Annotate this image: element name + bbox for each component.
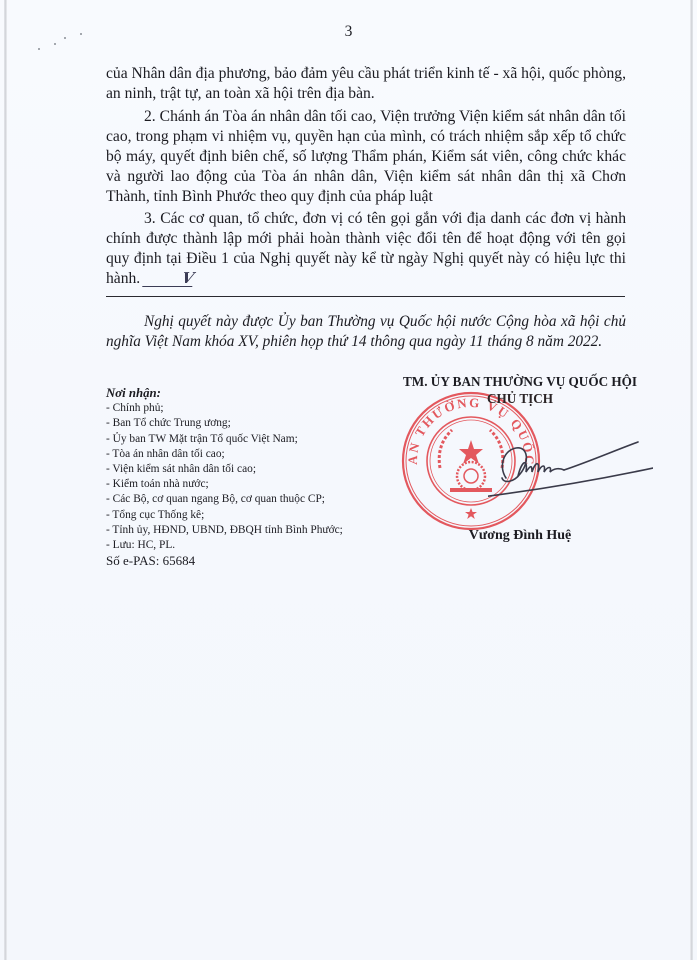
recipients-list: Nơi nhận: - Chính phủ; - Ban Tổ chức Tru…: [106, 386, 343, 569]
recipients-title: Nơi nhận:: [106, 386, 343, 401]
document-page: 3 của Nhân dân địa phương, bảo đảm yêu c…: [0, 0, 697, 960]
recipient-item: - Tòa án nhân dân tối cao;: [106, 447, 343, 462]
signature-block: TM. ỦY BAN THƯỜNG VỤ QUỐC HỘI CHỦ TỊCH: [380, 373, 660, 407]
adoption-statement: Nghị quyết này được Ủy ban Thường vụ Quố…: [106, 312, 626, 352]
paragraph-2: 2. Chánh án Tòa án nhân dân tối cao, Việ…: [106, 107, 626, 207]
recipient-item: - Các Bộ, cơ quan ngang Bộ, cơ quan thuộ…: [106, 492, 343, 507]
recipient-item: - Ủy ban TW Mặt trận Tổ quốc Việt Nam;: [106, 432, 343, 447]
recipient-item: - Ban Tổ chức Trung ương;: [106, 416, 343, 431]
initials-mark: V: [142, 270, 195, 287]
signing-role: CHỦ TỊCH: [380, 390, 660, 407]
page-edge-left: [4, 0, 7, 960]
signer-name: Vương Đình Huệ: [380, 528, 660, 544]
recipient-item: - Tỉnh ủy, HĐND, UBND, ĐBQH tỉnh Bình Ph…: [106, 523, 343, 538]
epas-number: Số e-PAS: 65684: [106, 553, 343, 569]
recipient-item: - Chính phủ;: [106, 401, 343, 416]
recipient-item: - Kiểm toán nhà nước;: [106, 477, 343, 492]
handwritten-signature: [488, 438, 653, 500]
recipient-item: - Tổng cục Thống kê;: [106, 508, 343, 523]
paragraph-1-continuation: của Nhân dân địa phương, bảo đảm yêu cầu…: [106, 64, 626, 104]
page-edge-right: [690, 0, 693, 960]
horizontal-rule: [106, 296, 625, 297]
page-number: 3: [0, 23, 697, 41]
signing-organization: TM. ỦY BAN THƯỜNG VỤ QUỐC HỘI: [380, 373, 660, 390]
recipient-item: - Viện kiểm sát nhân dân tối cao;: [106, 462, 343, 477]
recipient-item: - Lưu: HC, PL.: [106, 538, 343, 553]
paragraph-3: 3. Các cơ quan, tổ chức, đơn vị có tên g…: [106, 209, 626, 289]
